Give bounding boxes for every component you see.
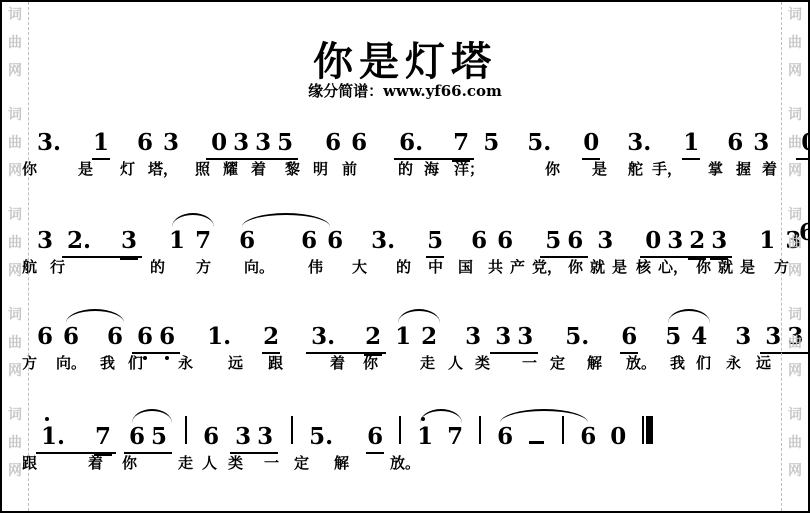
- lyric: 是: [78, 160, 93, 178]
- beam-group: 33: [230, 424, 278, 454]
- song-title: 你是灯塔: [2, 30, 808, 87]
- note: 3: [784, 228, 802, 253]
- lyric: 你: [22, 160, 37, 178]
- note: 1: [92, 130, 110, 160]
- lyric: 是: [612, 258, 627, 276]
- lyric: 照: [195, 160, 210, 178]
- lyric: 是: [740, 258, 755, 276]
- note: 5: [276, 130, 294, 155]
- rest-note: 0: [582, 130, 600, 160]
- notes-row: 1.7656335.617660: [32, 416, 780, 454]
- source-subtitle: 缘分简谱：www.yf66.com: [2, 80, 808, 101]
- lyric: 是: [592, 160, 607, 178]
- note: 6: [350, 130, 368, 155]
- note: 3.: [370, 228, 396, 253]
- note: 2: [364, 324, 382, 349]
- watermark-char: 词: [2, 8, 28, 22]
- half-note-dash: [529, 441, 544, 444]
- note: 3: [764, 324, 782, 349]
- lyric: 们: [696, 354, 711, 372]
- note: 6: [566, 228, 584, 253]
- lyric: 着: [762, 160, 777, 178]
- note: 6: [726, 130, 744, 155]
- lyric: 远: [756, 354, 771, 372]
- lyric: 你: [545, 160, 560, 178]
- note: 3: [232, 130, 250, 155]
- lyric: 着: [88, 454, 103, 472]
- score-line: 666661.23.2123335.6543336.7方向。我们永远跟着你走人类…: [2, 300, 808, 396]
- beam-group: 33: [490, 324, 538, 354]
- note: 6: [300, 228, 318, 253]
- note: 3: [256, 424, 274, 449]
- lyric: 永: [178, 354, 193, 372]
- beam-group: 0656: [796, 130, 810, 160]
- lyric: 解: [587, 354, 602, 372]
- note: 5: [544, 228, 562, 253]
- note: 1.: [40, 424, 66, 449]
- note: 6: [496, 228, 514, 253]
- note: 3: [596, 228, 614, 253]
- note: 3: [162, 130, 180, 155]
- rest-note: 0: [800, 130, 810, 155]
- note: 3: [734, 324, 752, 349]
- note: 5: [664, 324, 682, 349]
- lyric: 耀: [223, 160, 238, 178]
- lyric: 着: [330, 354, 345, 372]
- slur-arc: [668, 309, 710, 323]
- note: 6: [136, 130, 154, 155]
- slur-arc: [66, 309, 124, 323]
- lyric: 核: [636, 258, 651, 276]
- slur-arc: [172, 213, 214, 227]
- lyric: 方: [196, 258, 211, 276]
- note: 1: [758, 228, 776, 253]
- lyric: 党，: [532, 258, 562, 276]
- beam-group: 33: [760, 324, 808, 354]
- barline: [291, 416, 293, 444]
- lyric: 前: [342, 160, 357, 178]
- lyric: 就: [718, 258, 733, 276]
- beam-group: 65: [124, 424, 172, 454]
- lyric: 我: [670, 354, 685, 372]
- lyric: 塔，: [148, 160, 178, 178]
- rest-note: 0: [609, 424, 627, 449]
- note: 1: [682, 130, 700, 160]
- note: 6: [238, 228, 256, 253]
- note: 3: [464, 324, 482, 349]
- note: 2: [420, 324, 438, 349]
- final-barline-thin: [642, 416, 644, 444]
- note: 6: [470, 228, 488, 253]
- notes-row: 3.1630335666.755.03.1630656: [32, 122, 780, 160]
- lyric: 方: [22, 354, 37, 372]
- beam-group: 56: [540, 228, 588, 258]
- lyric: 跟: [22, 454, 37, 472]
- lyric: 航: [22, 258, 37, 276]
- lyric: 行: [50, 258, 65, 276]
- note: 2.: [66, 228, 92, 253]
- note: 1: [416, 424, 434, 449]
- lyric: 心，: [658, 258, 688, 276]
- note: 7: [194, 228, 212, 253]
- note: 6: [579, 424, 597, 449]
- lyric: 一: [264, 454, 279, 472]
- note: 5.: [308, 424, 334, 449]
- lyric: 解: [334, 454, 349, 472]
- note: 6: [326, 228, 344, 253]
- lyric: 向。: [56, 354, 86, 372]
- lyric: 向。: [244, 258, 274, 276]
- note: 6: [128, 424, 146, 449]
- note: 6: [106, 324, 124, 349]
- lyric: 你: [363, 354, 378, 372]
- note: 3.: [310, 324, 336, 349]
- note: 5.: [564, 324, 590, 349]
- score-line: 3.1630335666.755.03.1630656你是灯塔，照耀着黎明前的海…: [2, 106, 808, 202]
- lyric: 永: [726, 354, 741, 372]
- note: 6.: [398, 130, 424, 155]
- rest-note: 0: [644, 228, 662, 253]
- note: 6: [202, 424, 220, 449]
- lyric: 国: [458, 258, 473, 276]
- lyric: 们: [128, 354, 143, 372]
- slur-arc: [242, 213, 330, 227]
- lyric: 灯: [120, 160, 135, 178]
- note: 2: [688, 228, 706, 253]
- lyric: 产: [510, 258, 525, 276]
- note: 3: [234, 424, 252, 449]
- note: 6: [496, 424, 514, 449]
- beam-group: 1.7: [36, 424, 116, 454]
- slur-arc: [398, 309, 440, 323]
- note: 3: [120, 228, 138, 253]
- lyric: 类: [475, 354, 490, 372]
- note: 6: [366, 424, 384, 454]
- lyric: 我: [100, 354, 115, 372]
- lyric: 放。: [390, 454, 420, 472]
- note: 4: [690, 324, 708, 349]
- lyric: 你: [696, 258, 711, 276]
- note: 1.: [206, 324, 232, 349]
- slur-arc: [500, 409, 588, 423]
- lyric: 类: [228, 454, 243, 472]
- lyric: 方: [774, 258, 789, 276]
- beam-group: 6.7: [394, 130, 474, 160]
- note: 6: [324, 130, 342, 155]
- note: 1: [168, 228, 186, 253]
- lyric: 跟: [268, 354, 283, 372]
- note: 5.: [526, 130, 552, 155]
- beam-group: 0323: [640, 228, 732, 258]
- lyric: 洋；: [454, 160, 484, 178]
- lyric: 走: [178, 454, 193, 472]
- note: 3: [254, 130, 272, 155]
- note: 6: [36, 324, 54, 349]
- rest-note: 0: [210, 130, 228, 155]
- note: 3.: [36, 130, 62, 155]
- lyric: 掌: [708, 160, 723, 178]
- note: 2: [262, 324, 280, 354]
- note: 5: [482, 130, 500, 155]
- lyric: 握: [736, 160, 751, 178]
- lyric: 中: [428, 258, 443, 276]
- lyric: 人: [448, 354, 463, 372]
- lyric: 走: [420, 354, 435, 372]
- lyric: 人: [202, 454, 217, 472]
- lyric: 的: [398, 160, 413, 178]
- beam-group: 0335: [206, 130, 298, 160]
- note: 7: [94, 424, 112, 449]
- note: 6: [136, 324, 154, 349]
- lyric: 的: [150, 258, 165, 276]
- lyric: 远: [228, 354, 243, 372]
- note: 3: [710, 228, 728, 253]
- sheet-music-page: 词曲网词曲网词曲网词曲网词曲网 词曲网词曲网词曲网词曲网词曲网 你是灯塔 缘分简…: [0, 0, 810, 513]
- slur-arc: [132, 409, 172, 423]
- note: 3: [666, 228, 684, 253]
- note: 7: [446, 424, 464, 449]
- beam-group: 3.2: [306, 324, 386, 354]
- score-line: 1.7656335.617660跟着你走人类一定解放。: [2, 400, 808, 496]
- lyric: 伟: [308, 258, 323, 276]
- note: 3: [516, 324, 534, 349]
- notes-row: 666661.23.2123335.6543336.7: [32, 316, 780, 354]
- lyric: 明: [313, 160, 328, 178]
- note: 6: [158, 324, 176, 349]
- lyric: 就: [590, 258, 605, 276]
- lyric: 共: [488, 258, 503, 276]
- note: 3: [36, 228, 54, 253]
- note: 5: [426, 228, 444, 258]
- score-line: 632.3176663.5665630323130335航行的方向。伟大的中国共…: [2, 204, 808, 300]
- barline: [399, 416, 401, 444]
- slur-arc: [420, 409, 462, 423]
- note: 6: [620, 324, 638, 354]
- lyric: 你: [568, 258, 583, 276]
- lyric: 放。: [626, 354, 656, 372]
- lyric: 大: [352, 258, 367, 276]
- note: 3: [752, 130, 770, 155]
- note: 3: [494, 324, 512, 349]
- lyric: 着: [251, 160, 266, 178]
- note: 6: [62, 324, 80, 349]
- lyric: 海: [424, 160, 439, 178]
- barline: [479, 416, 481, 444]
- note: 3: [786, 324, 804, 349]
- watermark-char: 词: [782, 8, 808, 22]
- beam-group: 2.3: [62, 228, 142, 258]
- final-barline-thick: [646, 416, 653, 444]
- beam-group: 66: [132, 324, 180, 354]
- lyric: 舵: [628, 160, 643, 178]
- lyric: 定: [294, 454, 309, 472]
- lyric: 定: [550, 354, 565, 372]
- note: 3.: [626, 130, 652, 155]
- lyric: 的: [396, 258, 411, 276]
- lyric: 黎: [285, 160, 300, 178]
- lyric: 你: [122, 454, 137, 472]
- note: 7: [452, 130, 470, 155]
- notes-row: 32.3176663.5665630323130335: [32, 220, 780, 258]
- note: 1: [394, 324, 412, 349]
- note: 5: [150, 424, 168, 449]
- barline: [185, 416, 187, 444]
- lyric: 一: [522, 354, 537, 372]
- lyric: 手，: [652, 160, 682, 178]
